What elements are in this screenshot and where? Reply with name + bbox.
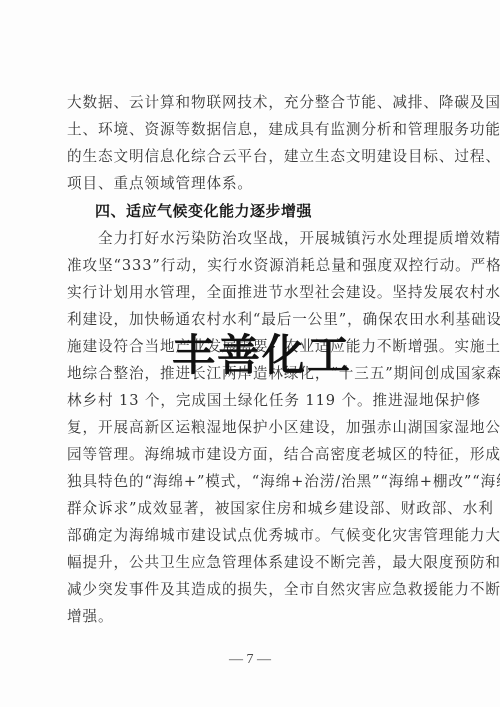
- page-number: — 7 —: [0, 652, 500, 668]
- paragraph-2-line-14: 减少突发事件及其造成的损失，全市自然灾害应急救援能力不断: [67, 579, 433, 601]
- paragraph-2-line-4: 利建设，加快畅通农村水利“最后一公里”，确保农田水利基础设: [67, 309, 433, 331]
- watermark-overlay: 丰善化工: [172, 331, 352, 381]
- paragraph-2-line-12: 部确定为海绵城市建设试点优秀城市。气候变化灾害管理能力大: [67, 525, 433, 547]
- paragraph-2-line-11: 群众诉求”成效显著，被国家住房和城乡建设部、财政部、水利: [67, 498, 433, 520]
- paragraph-2-line-7: 林乡村 13 个，完成国土绿化任务 119 个。推进湿地保护修: [67, 390, 433, 412]
- paragraph-2-line-9: 园等管理。海绵城市建设方面，结合高密度老城区的特征，形成: [67, 444, 433, 466]
- paragraph-2-line-10: 独具特色的“海绵+”模式，“海绵+治涝/治黑”“海绵+棚改”“海绵+: [67, 471, 433, 493]
- document-page: 大数据、云计算和物联网技术，充分整合节能、减排、降碳及国 土、环境、资源等数据信…: [0, 0, 500, 707]
- paragraph-1-line-1: 大数据、云计算和物联网技术，充分整合节能、减排、降碳及国: [67, 92, 433, 114]
- paragraph-2-line-13: 幅提升，公共卫生应急管理体系建设不断完善，最大限度预防和: [67, 552, 433, 574]
- paragraph-2-line-8: 复，开展高新区运粮湿地保护小区建设，加强赤山湖国家湿地公: [67, 417, 433, 439]
- paragraph-2-line-2: 准攻坚“333”行动，实行水资源消耗总量和强度双控行动。严格: [67, 255, 433, 277]
- paragraph-1-line-4: 项目、重点领域管理体系。: [67, 173, 433, 195]
- paragraph-1-line-3: 的生态文明信息化综合云平台，建立生态文明建设目标、过程、: [67, 146, 433, 168]
- paragraph-2-line-3: 实行计划用水管理，全面推进节水型社会建设。坚持发展农村水: [67, 282, 433, 304]
- paragraph-2-line-15: 增强。: [67, 606, 433, 628]
- section-heading: 四、适应气候变化能力逐步增强: [95, 200, 312, 222]
- paragraph-2-line-1: 全力打好水污染防治攻坚战，开展城镇污水处理提质增效精: [67, 228, 433, 250]
- paragraph-1-line-2: 土、环境、资源等数据信息，建成具有监测分析和管理服务功能: [67, 119, 433, 141]
